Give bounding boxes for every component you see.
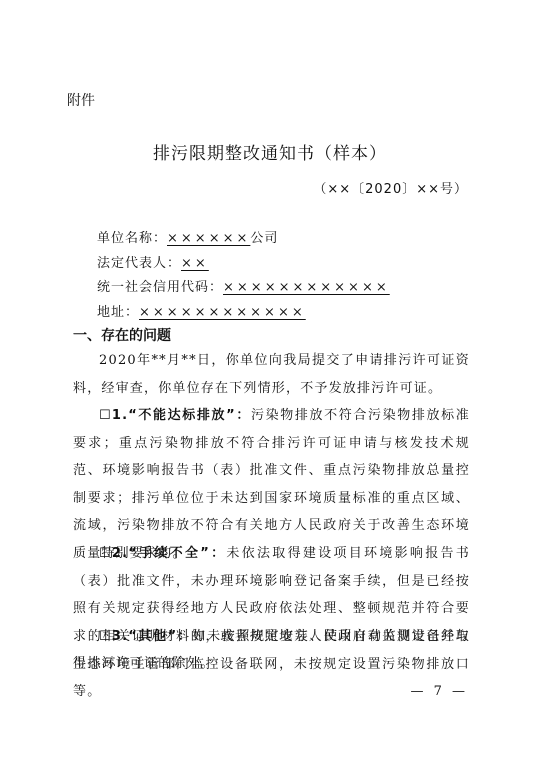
field-address: 地址：××××××××××××	[97, 301, 306, 320]
page-number: — 7 —	[410, 684, 468, 699]
issue-label: 3.“其他”：	[112, 629, 193, 644]
field-company-name: 单位名称：××××××公司	[97, 227, 278, 246]
checkbox-icon[interactable]: ☐	[99, 629, 112, 644]
issue-label: 2.“手续不全”：	[112, 546, 227, 561]
field-label: 单位名称：	[97, 231, 167, 246]
field-legal-representative: 法定代表人：××	[97, 252, 209, 271]
section-heading: 一、存在的问题	[73, 325, 171, 345]
field-label: 法定代表人：	[97, 256, 181, 271]
field-credit-code: 统一社会信用代码：××××××××××××	[97, 276, 390, 295]
field-suffix: 公司	[250, 231, 278, 246]
intro-paragraph: 2020年**月**日，你单位向我局提交了申请排污许可证资料，经审查，你单位存在…	[73, 347, 470, 402]
issue-text: 污染物排放不符合污染物排放标准要求；重点污染物排放不符合排污许可证申请与核发技术…	[73, 408, 470, 561]
field-label: 地址：	[97, 305, 139, 320]
checkbox-icon[interactable]: ☐	[99, 408, 112, 423]
field-label: 统一社会信用代码：	[97, 280, 223, 295]
document-number: （××〔2020〕××号）	[313, 178, 468, 197]
issue-label: 1.“不能达标排放”：	[112, 408, 251, 423]
field-value: ××××××	[167, 231, 250, 246]
checkbox-icon[interactable]: ☐	[99, 546, 112, 561]
field-value: ××××××××××××	[139, 305, 306, 320]
attachment-label: 附件	[67, 90, 95, 110]
document-title: 排污限期整改通知书（样本）	[0, 139, 540, 164]
field-value: ××××××××××××	[223, 280, 390, 295]
field-value: ××	[181, 256, 209, 271]
